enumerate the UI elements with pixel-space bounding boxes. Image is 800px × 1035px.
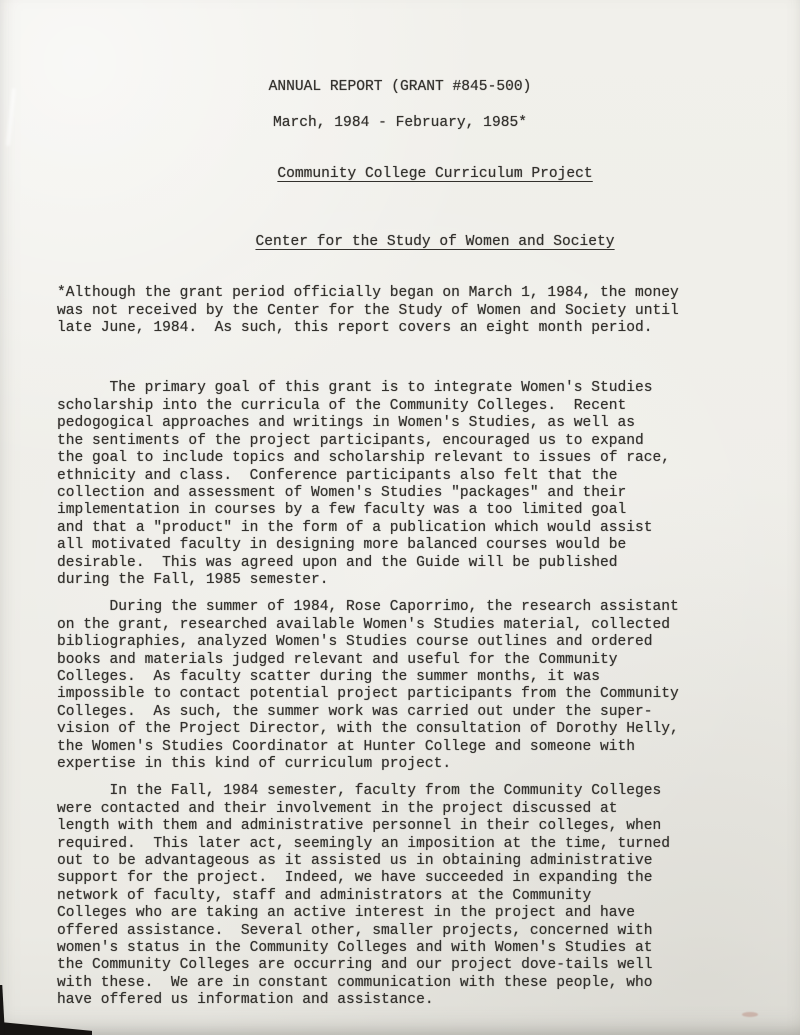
paragraph-primary-goal: The primary goal of this grant is to int… bbox=[57, 380, 746, 589]
paragraph-summer-1984: During the summer of 1984, Rose Caporrim… bbox=[57, 599, 746, 773]
grant-period-footnote: *Although the grant period officially be… bbox=[57, 285, 746, 337]
project-title: Community College Curriculum Project bbox=[277, 166, 592, 182]
scan-speck-artifact bbox=[742, 1012, 758, 1017]
document-content: ANNUAL REPORT (GRANT #845-500) March, 19… bbox=[0, 0, 800, 1010]
document-body: The primary goal of this grant is to int… bbox=[57, 380, 746, 1009]
document-header: ANNUAL REPORT (GRANT #845-500) March, 19… bbox=[54, 79, 746, 269]
scanned-document-page: ANNUAL REPORT (GRANT #845-500) March, 19… bbox=[0, 0, 800, 1035]
report-title: ANNUAL REPORT (GRANT #845-500) bbox=[54, 79, 746, 96]
organization-name: Center for the Study of Women and Societ… bbox=[255, 234, 614, 250]
paragraph-fall-1984: In the Fall, 1984 semester, faculty from… bbox=[57, 783, 746, 1009]
scan-corner-artifact-bottom bbox=[0, 1022, 92, 1035]
report-period: March, 1984 - February, 1985* bbox=[54, 115, 746, 132]
